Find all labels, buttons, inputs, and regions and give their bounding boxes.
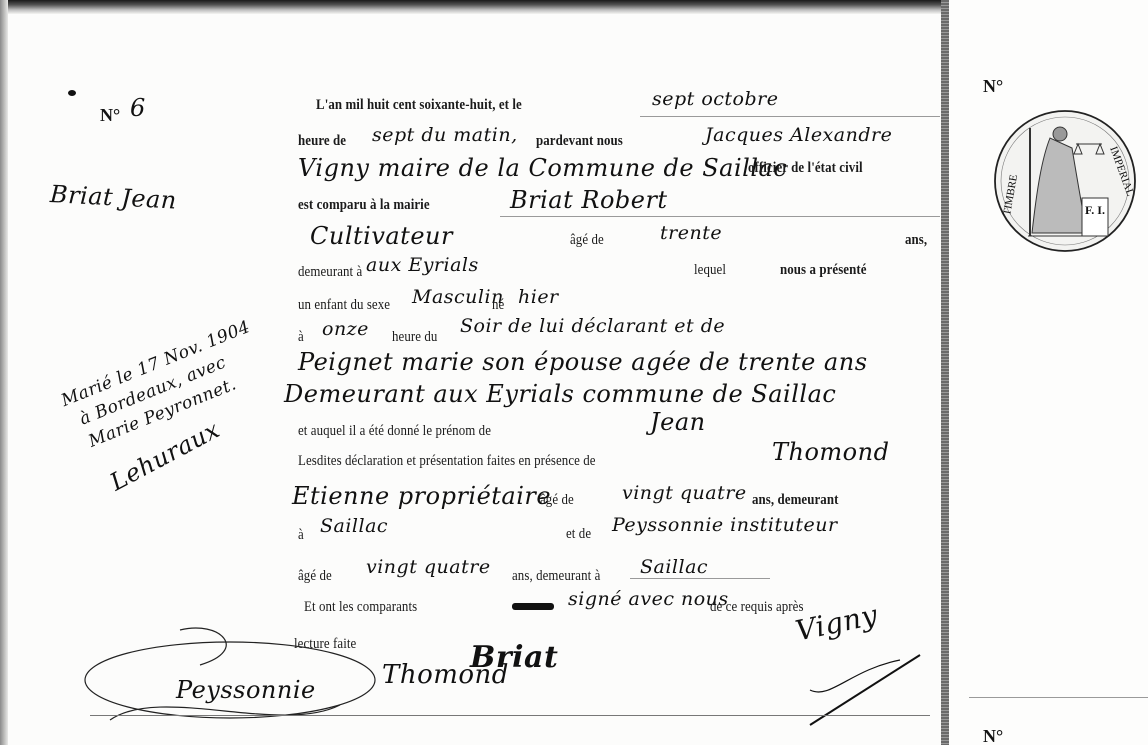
fill-line [500,216,940,217]
handwritten-witness-1-profession: Etienne propriétaire [292,482,551,510]
handwritten-given-name: Jean [650,408,706,436]
handwritten-hour: sept du matin, [372,124,518,146]
handwritten-witness-1-residence: Saillac [320,515,388,537]
signature-declarant: Briat [470,640,558,675]
printed-text: et de [566,526,591,543]
handwritten-declarant: Briat Robert [510,186,668,214]
handwritten-mother: Peignet marie son épouse agée de trente … [298,348,868,376]
register-page: N° 6 Briat Jean Marié le 17 Nov. 1904 à … [0,0,1148,745]
svg-text:F. I.: F. I. [1085,203,1105,217]
printed-text: officier de l'état civil [748,160,863,177]
printed-text: un enfant du sexe [298,297,390,314]
handwritten-age: trente [660,222,722,244]
printed-text: âgé de [298,568,332,585]
entry-number-label: N° [100,105,120,126]
fill-line [630,578,770,579]
book-gutter [941,0,949,745]
handwritten-mayor-name: Jacques Alexandre [705,124,892,146]
printed-text: ans, [905,232,927,249]
entry-separator-line [969,697,1148,698]
imperial-tax-stamp: F. I. TIMBRE IMPERIAL [992,108,1138,254]
handwritten-residence: aux Eyrials [366,254,479,276]
printed-text: nous a présenté [780,262,867,279]
printed-text: à [298,329,304,346]
printed-text: heure de [298,133,346,150]
printed-text: ans, demeurant à [512,568,600,585]
ink-strikeout [512,603,554,610]
printed-text: L'an mil huit cent soixante-huit, et le [316,97,522,114]
printed-text: né [492,297,504,314]
printed-text: âgé de [540,492,574,509]
printed-text: Lesdites déclaration et présentation fai… [298,453,596,470]
handwritten-birth-hour: onze [322,318,369,340]
printed-text: pardevant nous [536,133,623,150]
entry-separator-line [90,715,930,716]
printed-text: heure du [392,329,437,346]
fill-line [640,116,940,117]
printed-text: est comparu à la mairie [298,197,430,214]
handwritten-witness-1: Thomond [772,438,889,466]
handwritten-witness-2: Peyssonnie instituteur [612,514,838,536]
handwritten-witness-2-residence: Saillac [640,556,708,578]
handwritten-profession: Cultivateur [310,222,453,250]
next-entry-number-label: N° [983,76,1003,97]
handwritten-sex: Masculin [412,286,504,308]
printed-text: âgé de [570,232,604,249]
next-entry-number-label-bottom: N° [983,726,1003,745]
handwritten-signed: signé avec nous [568,588,729,610]
printed-text: ans, demeurant [752,492,838,509]
entry-number-value: 6 [130,94,146,122]
handwritten-born-when: hier [518,286,559,308]
printed-text: de ce requis après [710,599,804,616]
handwritten-date: sept octobre [652,88,778,110]
printed-text: lequel [694,262,726,279]
margin-subject-name: Briat Jean [49,180,177,215]
handwritten-text: Soir de lui déclarant et de [460,315,725,337]
signature-witness-2: Peyssonnie [176,676,316,704]
printed-text: et auquel il a été donné le prénom de [298,423,491,440]
ink-blot [68,90,76,96]
margin-annotation: Marié le 17 Nov. 1904 à Bordeaux, avec M… [40,310,307,511]
scan-left-edge [0,0,8,745]
handwritten-residence-commune: Demeurant aux Eyrials commune de Saillac [284,380,836,408]
printed-text: Et ont les comparants [304,599,417,616]
printed-text: à [298,527,304,544]
handwritten-commune: Vigny maire de la Commune de Saillac [298,154,787,182]
handwritten-witness-2-age: vingt quatre [366,556,491,578]
handwritten-witness-1-age: vingt quatre [622,482,747,504]
printed-text: demeurant à [298,264,362,281]
